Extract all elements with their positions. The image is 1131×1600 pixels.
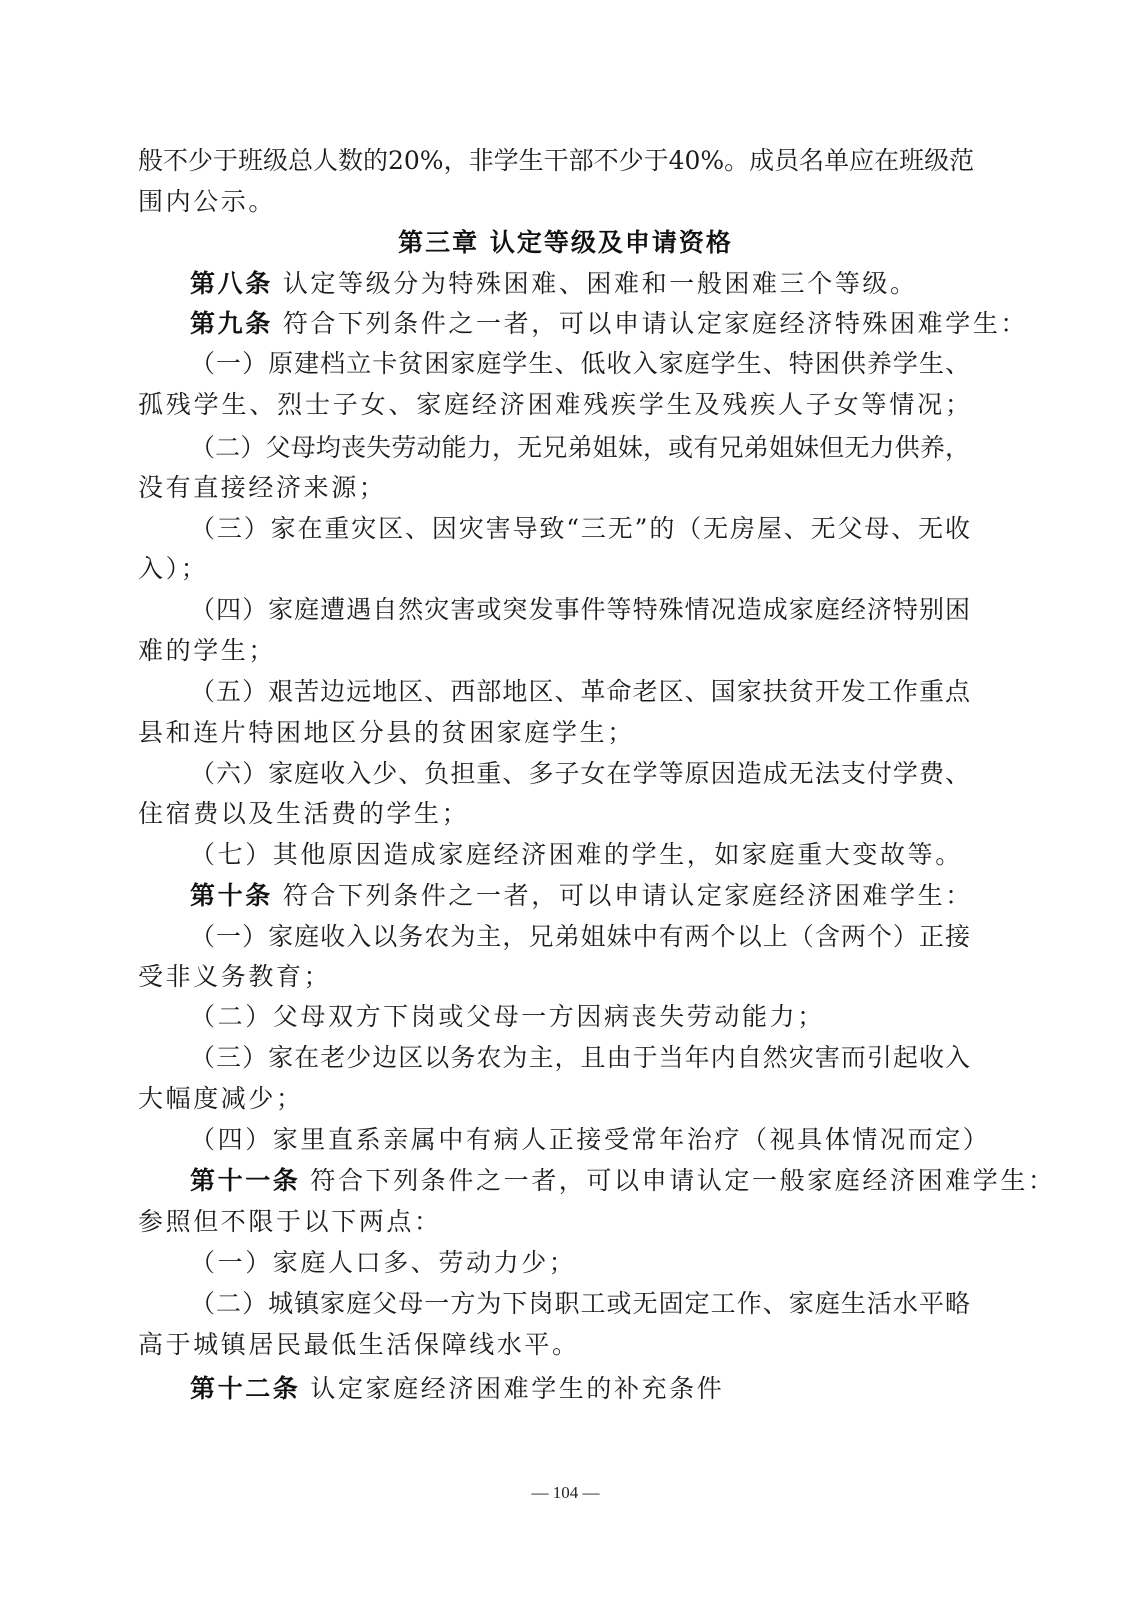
list-item-line: （一）家庭收入以务农为主，兄弟姐妹中有两个以上（含两个）正接 — [190, 916, 970, 957]
list-item-line: 大幅度减少； — [138, 1078, 970, 1119]
list-item-line: 县和连片特困地区分县的贫困家庭学生； — [138, 712, 970, 753]
document-page: 般不少于班级总人数的20%，非学生干部不少于40%。成员名单应在班级范 围内公示… — [0, 0, 1131, 1600]
list-item-line: （一）家庭人口多、劳动力少； — [190, 1242, 970, 1283]
article-8: 第八条认定等级分为特殊困难、困难和一般困难三个等级。 — [190, 263, 970, 304]
list-item-line: 入）； — [138, 548, 970, 589]
list-item-line: （三）家在重灾区、因灾害导致“三无”的（无房屋、无父母、无收 — [190, 508, 970, 549]
article-text: 符合下列条件之一者，可以申请认定家庭经济困难学生： — [283, 881, 973, 910]
paragraph-line: 参照但不限于以下两点： — [138, 1201, 970, 1242]
list-item-line: （五）艰苦边远地区、西部地区、革命老区、国家扶贫开发工作重点 — [190, 671, 970, 712]
paragraph-line: 围内公示。 — [138, 181, 970, 222]
chapter-heading: 第三章 认定等级及申请资格 — [0, 222, 1131, 263]
article-9: 第九条符合下列条件之一者，可以申请认定家庭经济特殊困难学生： — [190, 303, 970, 344]
list-item-line: （四）家里直系亲属中有病人正接受常年治疗（视具体情况而定） — [190, 1119, 970, 1160]
article-label: 第十二条 — [190, 1374, 300, 1403]
list-item-line: 孤残学生、烈士子女、家庭经济困难残疾学生及残疾人子女等情况； — [138, 384, 970, 425]
list-item-line: 住宿费以及生活费的学生； — [138, 793, 970, 834]
article-label: 第九条 — [190, 309, 273, 338]
list-item-line: （二）父母双方下岗或父母一方因病丧失劳动能力； — [190, 996, 970, 1037]
article-12: 第十二条认定家庭经济困难学生的补充条件 — [190, 1368, 970, 1409]
article-11: 第十一条符合下列条件之一者，可以申请认定一般家庭经济困难学生： — [190, 1160, 970, 1201]
article-text: 认定家庭经济困难学生的补充条件 — [310, 1374, 724, 1403]
article-text: 认定等级分为特殊困难、困难和一般困难三个等级。 — [283, 269, 918, 298]
list-item-line: 高于城镇居民最低生活保障线水平。 — [138, 1324, 970, 1365]
article-text: 符合下列条件之一者，可以申请认定一般家庭经济困难学生： — [310, 1166, 1055, 1195]
paragraph-line: 般不少于班级总人数的20%，非学生干部不少于40%。成员名单应在班级范 — [138, 140, 970, 181]
list-item-line: 没有直接经济来源； — [138, 467, 970, 508]
list-item-line: （一）原建档立卡贫困家庭学生、低收入家庭学生、特困供养学生、 — [190, 343, 970, 384]
list-item-line: 难的学生； — [138, 630, 970, 671]
list-item-line: （二）父母均丧失劳动能力，无兄弟姐妹，或有兄弟姐妹但无力供养， — [190, 427, 970, 468]
list-item-line: （七）其他原因造成家庭经济困难的学生，如家庭重大变故等。 — [190, 834, 970, 875]
list-item-line: （四）家庭遭遇自然灾害或突发事件等特殊情况造成家庭经济特别困 — [190, 589, 970, 630]
list-item-line: （二）城镇家庭父母一方为下岗职工或无固定工作、家庭生活水平略 — [190, 1283, 970, 1324]
list-item-line: 受非义务教育； — [138, 956, 970, 997]
article-10: 第十条符合下列条件之一者，可以申请认定家庭经济困难学生： — [190, 875, 970, 916]
article-label: 第八条 — [190, 269, 273, 298]
page-number: — 104 — — [0, 1483, 1131, 1503]
article-label: 第十条 — [190, 881, 273, 910]
list-item-line: （六）家庭收入少、负担重、多子女在学等原因造成无法支付学费、 — [190, 753, 970, 794]
list-item-line: （三）家在老少边区以务农为主，且由于当年内自然灾害而引起收入 — [190, 1037, 970, 1078]
article-label: 第十一条 — [190, 1166, 300, 1195]
article-text: 符合下列条件之一者，可以申请认定家庭经济特殊困难学生： — [283, 309, 1028, 338]
